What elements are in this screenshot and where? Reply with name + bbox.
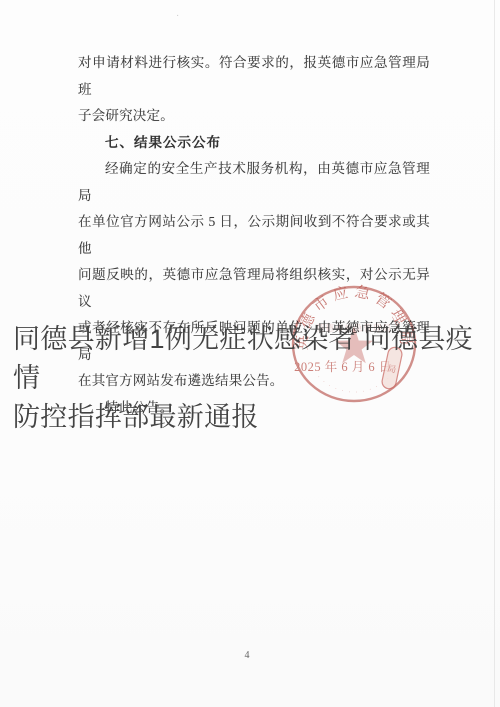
headline-line-2: 防控指挥部最新通报 xyxy=(13,398,495,437)
headline-overlay: 同德县新增1例无症状感染者 同德县疫情 防控指挥部最新通报 xyxy=(13,320,495,437)
headline-line-1: 同德县新增1例无症状感染者 同德县疫情 xyxy=(13,320,495,398)
scan-artifact-dot: · xyxy=(176,10,179,21)
doc-line: 经确定的安全生产技术服务机构，由英德市应急管理局 xyxy=(78,156,430,209)
doc-line: 对申请材料进行核实。符合要求的，报英德市应急管理局班 xyxy=(78,50,430,103)
doc-section-heading: 七、结果公示公布 xyxy=(78,130,430,157)
page-number: 4 xyxy=(0,650,494,661)
doc-line: 子会研究决定。 xyxy=(78,103,430,130)
doc-line: 在单位官方网站公示 5 日，公示期间收到不符合要求或其他 xyxy=(78,209,430,262)
